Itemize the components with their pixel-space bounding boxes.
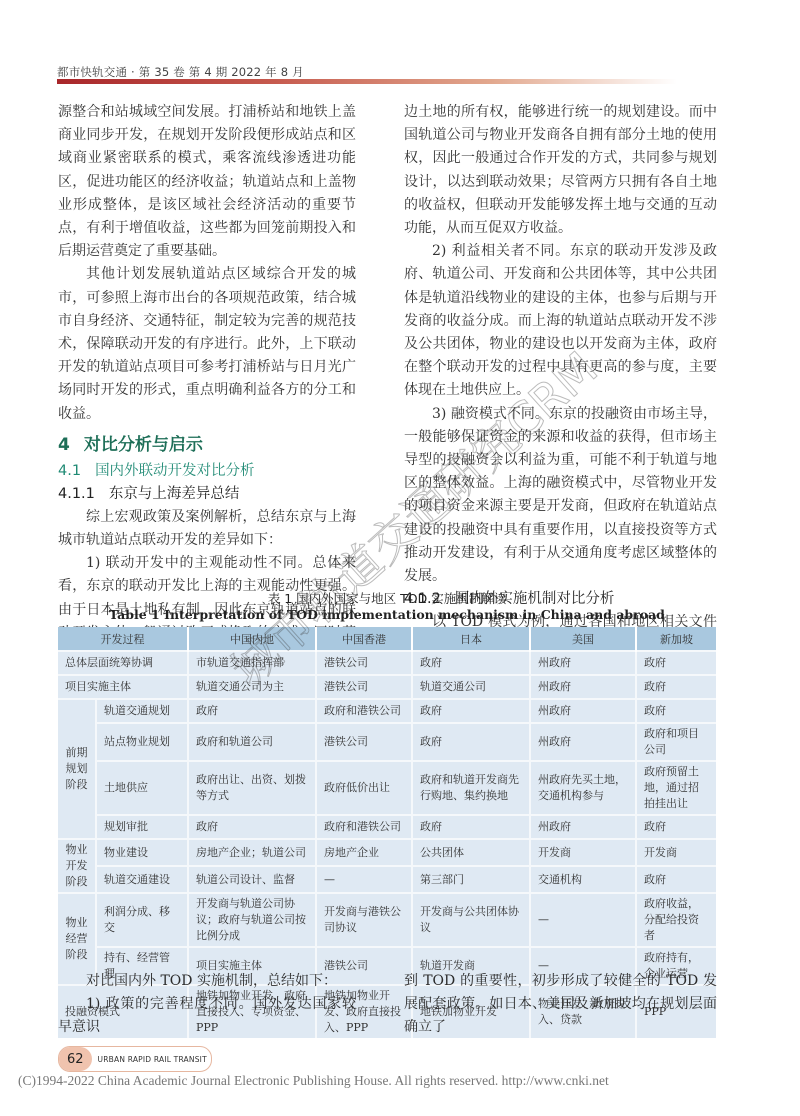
section-title: 东京与上海差异总结 [109, 486, 240, 502]
table-cell: 州政府 [530, 675, 636, 699]
table-row: 项目实施主体 轨道交通公司为主 港铁公司 轨道交通公司 州政府 政府 [58, 675, 716, 699]
paragraph: 其他计划发展轨道站点区域综合开发的城市，可参照上海市出台的各项规范政策，结合城市… [58, 263, 356, 425]
table-cell: 州政府 [530, 651, 636, 675]
table-cell: 港铁公司 [316, 723, 412, 761]
paragraph: 到 TOD 的重要性，初步形成了较健全的 TOD 发展配套政策。如日本、美国及新… [404, 970, 717, 1040]
table-cell: 开发商与轨道公司协议；政府与轨道公司按比例分成 [188, 893, 316, 947]
table-cell: — [316, 866, 412, 893]
column-header: 美国 [530, 627, 636, 651]
table-row: 规划审批 政府 政府和港铁公司 政府 州政府 政府 [58, 815, 716, 839]
column-header: 开发过程 [58, 627, 188, 651]
row-label: 利润分成、移交 [96, 893, 188, 947]
left-column: 源整合和站城域空间发展。打浦桥站和地铁上盖商业同步开发，在规划开发阶段便形成站点… [58, 101, 356, 668]
table-caption-cn: 表 1 国内外国家与地区 TOD 实施机制解读 [58, 589, 716, 607]
running-head: 都市快轨交通 · 第 35 卷 第 4 期 2022 年 8 月 [57, 64, 304, 80]
table-caption-en: Table 1 Interpretation of TOD implementa… [58, 607, 716, 622]
table-cell: — [530, 893, 636, 947]
table-cell: 政府收益，分配给投资者 [636, 893, 716, 947]
table-row: 前期规划阶段 轨道交通规划 政府 政府和港铁公司 政府 州政府 政府 [58, 699, 716, 723]
paragraph: 2) 利益相关者不同。东京的联动开发涉及政府、轨道公司、开发商和公共团体等，其中… [404, 240, 717, 402]
section-heading-4: 4对比分析与启示 [58, 432, 356, 458]
table-cell: 市轨道交通指挥部 [188, 651, 316, 675]
table-cell: 港铁公司 [316, 651, 412, 675]
section-number: 4 [58, 432, 70, 458]
table-cell: 第三部门 [412, 866, 530, 893]
table-row: 土地供应 政府出让、出资、划拨等方式 政府低价出让 政府和轨道开发商先行购地、集… [58, 761, 716, 815]
column-header: 中国内地 [188, 627, 316, 651]
stage-label: 物业开发阶段 [58, 839, 96, 893]
table-cell: 政府和项目公司 [636, 723, 716, 761]
table-cell: 交通机构 [530, 866, 636, 893]
table-cell: 政府出让、出资、划拨等方式 [188, 761, 316, 815]
table-cell: 开发商与公共团体协议 [412, 893, 530, 947]
table-cell: 政府 [636, 651, 716, 675]
table-cell: 州政府 [530, 815, 636, 839]
section-heading-4-1: 4.1国内外联动开发对比分析 [58, 460, 356, 483]
table-cell: 政府和轨道开发商先行购地、集约换地 [412, 761, 530, 815]
table-cell: 开发商 [530, 839, 636, 866]
table-cell: 房地产企业；轨道公司 [188, 839, 316, 866]
table-cell: 政府 [412, 723, 530, 761]
paragraph: 源整合和站城域空间发展。打浦桥站和地铁上盖商业同步开发，在规划开发阶段便形成站点… [58, 101, 356, 263]
table-cell: 开发商 [636, 839, 716, 866]
header-rule [57, 79, 677, 84]
section-number: 4.1 [58, 460, 81, 483]
row-label: 站点物业规划 [96, 723, 188, 761]
table-cell: 政府 [636, 699, 716, 723]
journal-name: URBAN RAPID RAIL TRANSIT [92, 1055, 207, 1064]
table-cell: 政府 [636, 815, 716, 839]
column-header: 新加坡 [636, 627, 716, 651]
bottom-left-column: 对比国内外 TOD 实施机制，总结如下： 1) 政策的完善程度不同。国外发达国家… [58, 970, 356, 1040]
row-label: 规划审批 [96, 815, 188, 839]
table-row: 物业开发阶段 物业建设 房地产企业；轨道公司 房地产企业 公共团体 开发商 开发… [58, 839, 716, 866]
table-cell: 轨道交通公司为主 [188, 675, 316, 699]
table-cell: 政府 [636, 866, 716, 893]
table-cell: 轨道交通公司 [412, 675, 530, 699]
table-cell: 政府 [412, 651, 530, 675]
row-label: 物业建设 [96, 839, 188, 866]
table-cell: 政府和港铁公司 [316, 815, 412, 839]
paragraph: 3) 融资模式不同。东京的投融资由市场主导，一般能够保证资金的来源和收益的获得，… [404, 403, 717, 589]
table-row: 总体层面统筹协调 市轨道交通指挥部 港铁公司 政府 州政府 政府 [58, 651, 716, 675]
paragraph: 综上宏观政策及案例解析，总结东京与上海城市轨道站点联动开发的差异如下： [58, 506, 356, 552]
table-cell: 政府和轨道公司 [188, 723, 316, 761]
table-row: 轨道交通建设 轨道公司设计、监督 — 第三部门 交通机构 政府 [58, 866, 716, 893]
footer-tab: 62 URBAN RAPID RAIL TRANSIT [58, 1046, 212, 1072]
table-row: 站点物业规划 政府和轨道公司 港铁公司 政府 州政府 政府和项目公司 [58, 723, 716, 761]
paragraph: 1) 政策的完善程度不同。国外发达国家较早意识 [58, 993, 356, 1039]
column-header: 中国香港 [316, 627, 412, 651]
section-title: 国内外联动开发对比分析 [95, 463, 255, 479]
row-label: 轨道交通建设 [96, 866, 188, 893]
row-label: 土地供应 [96, 761, 188, 815]
paragraph: 对比国内外 TOD 实施机制，总结如下： [58, 970, 356, 993]
table-cell: 房地产企业 [316, 839, 412, 866]
row-label: 项目实施主体 [58, 675, 188, 699]
table-cell: 州政府先买土地，交通机构参与 [530, 761, 636, 815]
table-row: 物业经营阶段 利润分成、移交 开发商与轨道公司协议；政府与轨道公司按比例分成 开… [58, 893, 716, 947]
table-cell: 港铁公司 [316, 675, 412, 699]
copyright-notice: (C)1994-2022 China Academic Journal Elec… [18, 1073, 609, 1089]
row-label: 轨道交通规划 [96, 699, 188, 723]
table-cell: 政府和港铁公司 [316, 699, 412, 723]
table-cell: 开发商与港铁公司协议 [316, 893, 412, 947]
table-cell: 公共团体 [412, 839, 530, 866]
table-cell: 政府 [412, 699, 530, 723]
table-cell: 政府 [188, 699, 316, 723]
table-header-row: 开发过程 中国内地 中国香港 日本 美国 新加坡 [58, 627, 716, 651]
stage-label: 前期规划阶段 [58, 699, 96, 839]
table-cell: 州政府 [530, 699, 636, 723]
table-cell: 州政府 [530, 723, 636, 761]
section-heading-4-1-1: 4.1.1东京与上海差异总结 [58, 483, 356, 506]
table-cell: 政府 [412, 815, 530, 839]
section-number: 4.1.1 [58, 483, 95, 506]
bottom-right-column: 到 TOD 的重要性，初步形成了较健全的 TOD 发展配套政策。如日本、美国及新… [404, 970, 717, 1040]
table-cell: 政府 [636, 675, 716, 699]
row-label: 总体层面统筹协调 [58, 651, 188, 675]
section-title: 对比分析与启示 [84, 435, 203, 455]
column-header: 日本 [412, 627, 530, 651]
table-cell: 轨道公司设计、监督 [188, 866, 316, 893]
table-cell: 政府预留土地，通过招拍挂出让 [636, 761, 716, 815]
page-number: 62 [59, 1047, 92, 1071]
table-cell: 政府低价出让 [316, 761, 412, 815]
paragraph: 边土地的所有权，能够进行统一的规划建设。而中国轨道公司与物业开发商各自拥有部分土… [404, 101, 717, 240]
table-cell: 政府 [188, 815, 316, 839]
